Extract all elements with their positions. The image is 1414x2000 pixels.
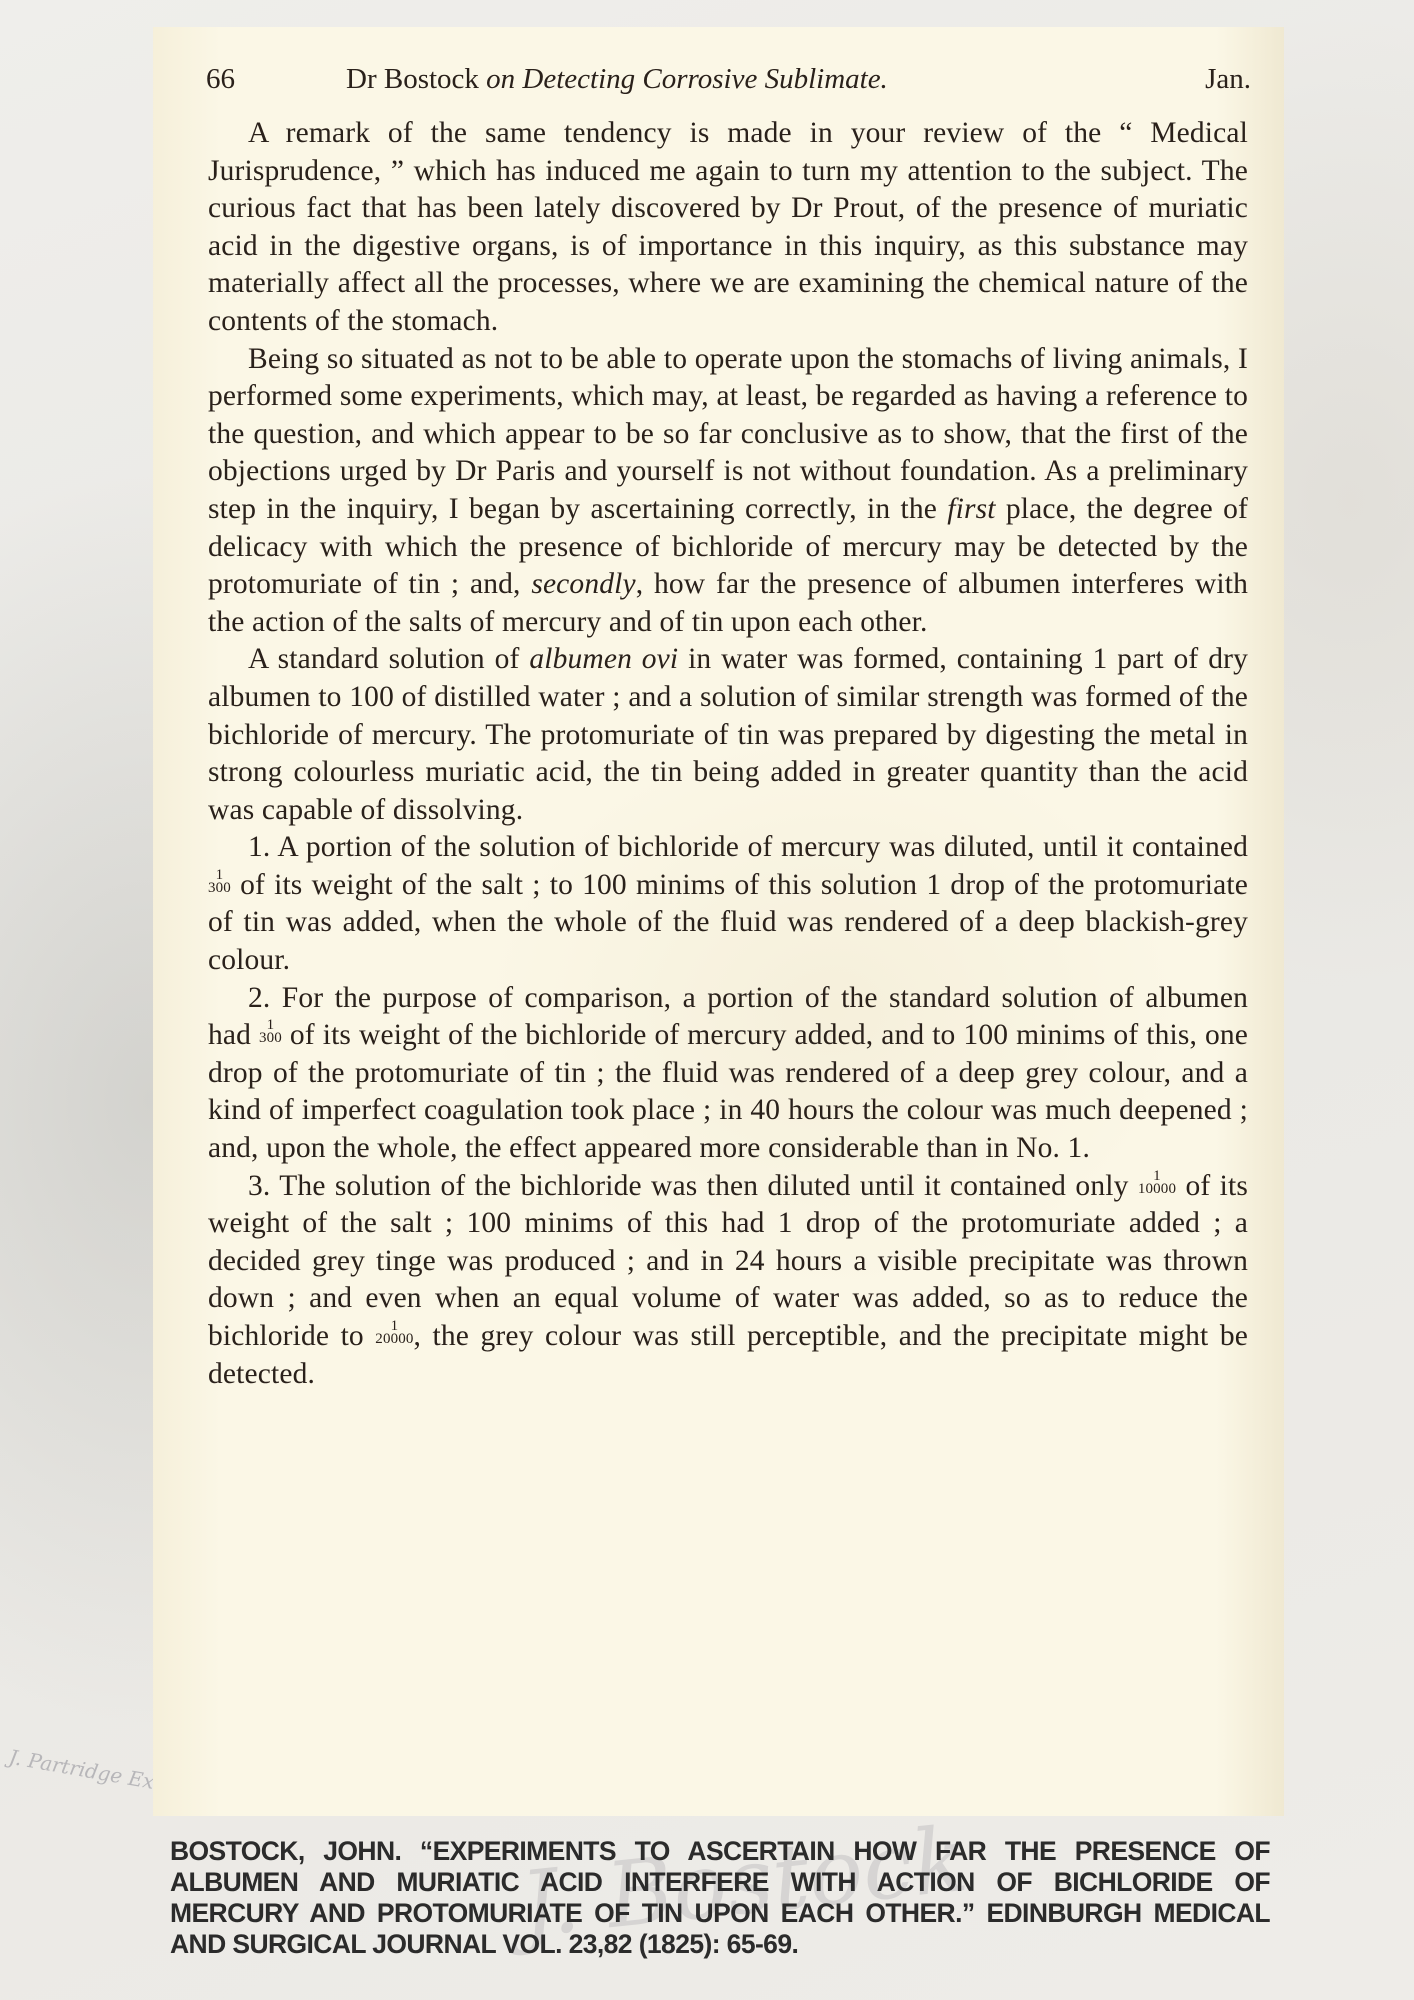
italic-emphasis: first (947, 493, 995, 525)
running-title-italic: on Detecting Corrosive Sublimate. (486, 63, 888, 95)
paragraph: Being so situated as not to be able to o… (208, 341, 1248, 642)
citation-caption: Bostock, John. “Experiments to Ascertain… (170, 1836, 1270, 1960)
running-head-month: Jan. (1205, 57, 1251, 101)
fraction: 120000 (375, 1320, 413, 1346)
paragraph: 2. For the purpose of comparison, a port… (208, 980, 1248, 1168)
page-number: 66 (206, 57, 235, 101)
paragraph: 3. The solution of the bichloride was th… (208, 1168, 1248, 1394)
italic-emphasis: albumen ovi (529, 643, 678, 675)
fraction: 110000 (1138, 1170, 1176, 1196)
paragraph: A standard solution of albumen ovi in wa… (208, 641, 1248, 829)
running-title: Dr Bostock on Detecting Corrosive Sublim… (346, 57, 888, 101)
italic-emphasis: secondly (531, 568, 635, 600)
scanned-journal-page: 66 Dr Bostock on Detecting Corrosive Sub… (153, 27, 1284, 1816)
article-body: A remark of the same tendency is made in… (208, 115, 1248, 1393)
fraction: 1300 (259, 1019, 282, 1045)
fraction: 1300 (208, 869, 231, 895)
running-head: 66 Dr Bostock on Detecting Corrosive Sub… (206, 57, 1251, 101)
paragraph: A remark of the same tendency is made in… (208, 115, 1248, 341)
paragraph: 1. A portion of the solution of bichlori… (208, 829, 1248, 979)
running-title-prefix: Dr Bostock (346, 63, 486, 95)
